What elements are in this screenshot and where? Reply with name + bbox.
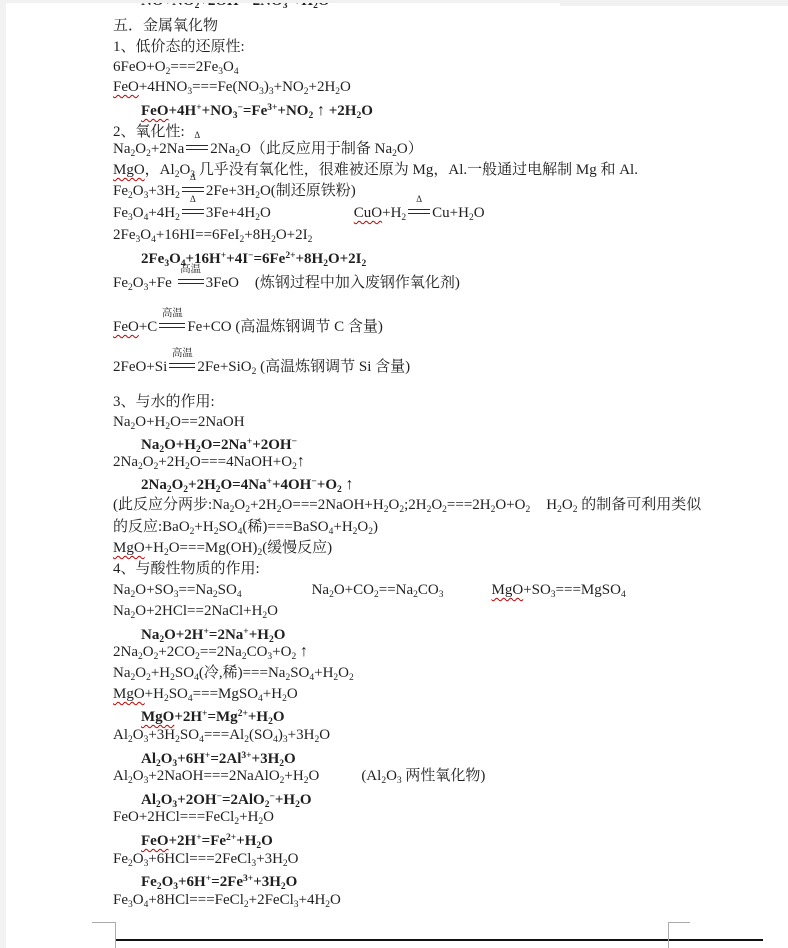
ionic-equation-line: FeO+2H+=Fe2++H2O	[141, 828, 273, 848]
note-line: 的反应:BaO2+H2SO4(稀)===BaSO4+H2O2)	[113, 517, 378, 537]
delta-condition: Δ	[186, 145, 208, 150]
equation-line: Al2O3+3H2SO4===Al2(SO4)3+3H2O	[113, 725, 330, 745]
equation-line: Na2O+H2O==2NaOH	[113, 412, 245, 432]
document-content: NO+NO2+2OH−=2NO3−+H2O五．金属氧化物1、低价态的还原性:6F…	[0, 0, 788, 948]
equation-line: Na2O+SO3==Na2SO4Na2O+CO2==Na2CO3MgO+SO3=…	[113, 580, 626, 600]
subsection-heading: 3、与水的作用:	[113, 392, 215, 412]
delta-condition: Δ	[408, 209, 430, 214]
text-boundary-mark-right-vertical	[668, 922, 669, 948]
note-line: (此反应分两步:Na2O2+2H2O===2NaOH+H2O2;2H2O2===…	[113, 495, 701, 515]
ionic-equation-line: MgO+2H+=Mg2++H2O	[141, 704, 285, 724]
gas-arrow: ↑	[300, 643, 308, 660]
gas-arrow: ↑	[297, 453, 305, 470]
ionic-equation-line: Na2O+H2O=2Na++2OH−	[141, 432, 297, 452]
equation-line: Al2O3+2NaOH===2NaAlO2+H2O(Al2O3 两性氧化物)	[113, 766, 485, 786]
equation-line: MgO+H2SO4===MgSO4+H2O	[113, 684, 298, 704]
equation-line: Fe2O3+3H2Δ2Fe+3H2O(制还原铁粉)	[113, 181, 356, 201]
high-temp-condition: 高温	[178, 279, 204, 284]
ionic-equation-line: 2Na2O2+2H2O=4Na++4OH−+O2 ↑	[141, 472, 354, 492]
equation-line: Na2O2+2NaΔ2Na2O（此反应用于制备 Na2O）	[113, 139, 423, 159]
gas-arrow: ↑	[317, 102, 325, 119]
high-temp-condition: 高温	[169, 363, 195, 368]
equation-line: Na2O2+H2SO4(冷,稀)===Na2SO4+H2O2	[113, 663, 354, 683]
ionic-equation-line: FeO+4H++NO3−=Fe3++NO2 ↑ +2H2O	[141, 98, 373, 118]
equation-line: 2Fe3O4+16HI==6FeI2+8H2O+2I2	[113, 225, 312, 245]
high-temp-condition: 高温	[159, 323, 185, 328]
document-page: NO+NO2+2OH−=2NO3−+H2O五．金属氧化物1、低价态的还原性:6F…	[0, 0, 788, 948]
window-left-edge	[0, 0, 6, 948]
equation-line: MgO+H2O===Mg(OH)2(缓慢反应)	[113, 538, 332, 558]
equation-line: 6FeO+O2===2Fe3O4	[113, 57, 239, 77]
equation-line: 2Na2O2+2CO2==2Na2CO3+O2 ↑	[113, 642, 308, 662]
ionic-equation-line: Al2O3+2OH−=2AlO2−+H2O	[141, 787, 312, 807]
equation-line: Fe3O4+8HCl===FeCl2+2FeCl3+4H2O	[113, 890, 341, 910]
text-boundary-mark-right	[668, 922, 690, 923]
ionic-equation-line: Al2O3+6H+=2Al3++3H2O	[141, 746, 296, 766]
next-page-table-top-border	[115, 939, 763, 941]
subsection-heading: 4、与酸性物质的作用:	[113, 559, 260, 579]
equation-line: 2FeO+Si高温2Fe+SiO2 (高温炼钢调节 Si 含量)	[113, 357, 410, 377]
text-boundary-mark-left	[92, 922, 115, 923]
window-top-right-edge	[560, 0, 788, 6]
equation-line: Fe2O3+Fe 高温3FeO(炼钢过程中加入废钢作氧化剂)	[113, 273, 460, 293]
equation-line: FeO+2HCl===FeCl2+H2O	[113, 807, 274, 827]
ionic-equation-line: Fe2O3+6H+=2Fe3++3H2O	[141, 869, 297, 889]
gas-arrow: ↑	[346, 476, 354, 493]
ionic-equation-line: 2Fe3O4+16H++4I−=6Fe2++8H2O+2I2	[141, 246, 366, 266]
delta-condition: Δ	[182, 209, 204, 214]
ionic-equation-line: Na2O+2H+=2Na++H2O	[141, 622, 285, 642]
equation-line: FeO+C高温Fe+CO (高温炼钢调节 C 含量)	[113, 317, 383, 337]
section-heading: 五．金属氧化物	[113, 16, 218, 36]
equation-line: Na2O+2HCl==2NaCl+H2O	[113, 601, 278, 621]
equation-line: FeO+4HNO3===Fe(NO3)3+NO2+2H2O	[113, 77, 351, 97]
equation-line: 2Na2O2+2H2O===4NaOH+O2↑	[113, 452, 305, 472]
subsection-heading: 1、低价态的还原性:	[113, 37, 245, 57]
equation-line: Fe2O3+6HCl===2FeCl3+3H2O	[113, 849, 299, 869]
text-boundary-mark-left-vertical	[115, 922, 116, 948]
equation-line: Fe3O4+4H2Δ3Fe+4H2OCuO+H2ΔCu+H2O	[113, 203, 485, 223]
